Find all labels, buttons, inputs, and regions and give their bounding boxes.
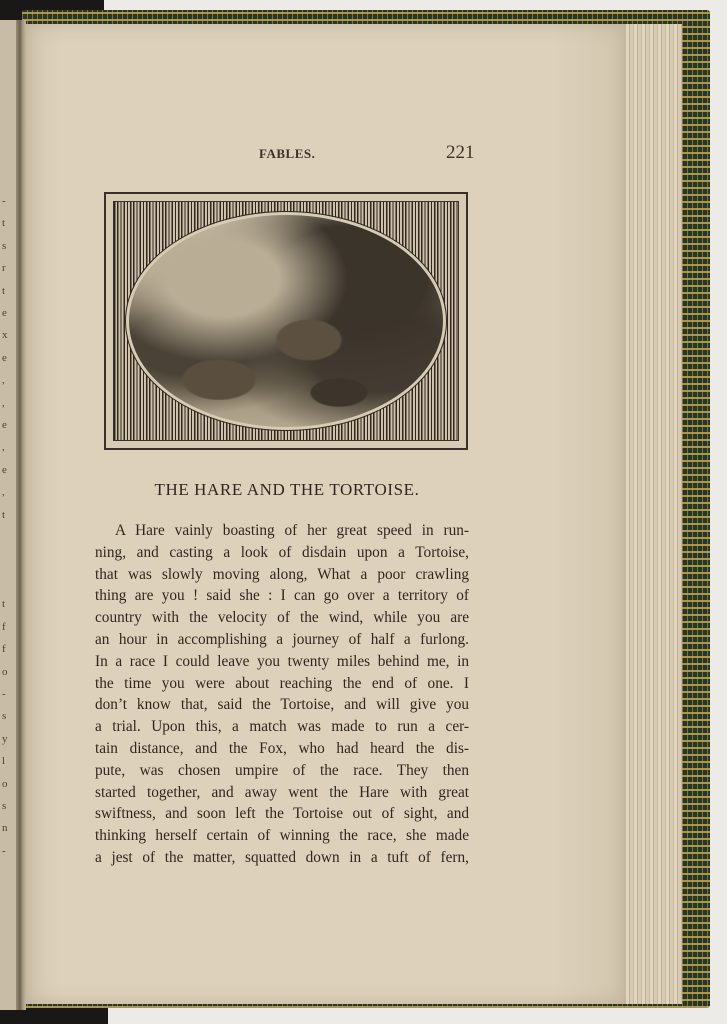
text-line: ning, and casting a look of disdain upon… [95,542,469,564]
backdrop-bottom [108,1006,727,1024]
fable-title: THE HARE AND THE TORTOISE. [26,480,548,500]
text-line: pute, was chosen umpire of the race. The… [95,760,469,782]
text-line: started together, and away went the Hare… [95,782,469,804]
text-line: an hour in accomplishing a journey of ha… [95,629,469,651]
woodcut-illustration [104,192,468,450]
text-line: country with the velocity of the wind, w… [95,607,469,629]
text-line: In a race I could leave you twenty miles… [95,651,469,673]
book-page: FABLES. 221 THE HARE AND THE TORTOISE. A… [26,24,626,1004]
text-line: A Hare vainly boasting of her great spee… [95,520,469,542]
text-line: don’t know that, said the Tortoise, and … [95,694,469,716]
text-line: swiftness, and soon left the Tortoise ou… [95,803,469,825]
text-line: that was slowly moving along, What a poo… [95,564,469,586]
text-line: the time you were about reaching the end… [95,673,469,695]
hare-figure [174,355,264,400]
page-number: 221 [446,142,475,164]
text-line: a jest of the matter, squatted down in a… [95,847,469,869]
left-page-margin-letters: - t s r t e x e , , e , e , t t f f o - … [2,190,14,862]
tortoise-figure [304,375,374,410]
text-line: a trial. Upon this, a match was made to … [95,716,469,738]
illustration-hatched-frame [113,201,459,441]
fox-figure [269,315,349,365]
book-gutter [16,20,26,1010]
fable-body-text: A Hare vainly boasting of her great spee… [95,520,469,869]
text-line: thing are you ! said she : I can go over… [95,585,469,607]
running-head: FABLES. [259,146,315,162]
oval-vignette [126,212,446,430]
text-line: tain distance, and the Fox, who had hear… [95,738,469,760]
text-line: thinking herself certain of winning the … [95,825,469,847]
backdrop-right [710,0,727,1024]
